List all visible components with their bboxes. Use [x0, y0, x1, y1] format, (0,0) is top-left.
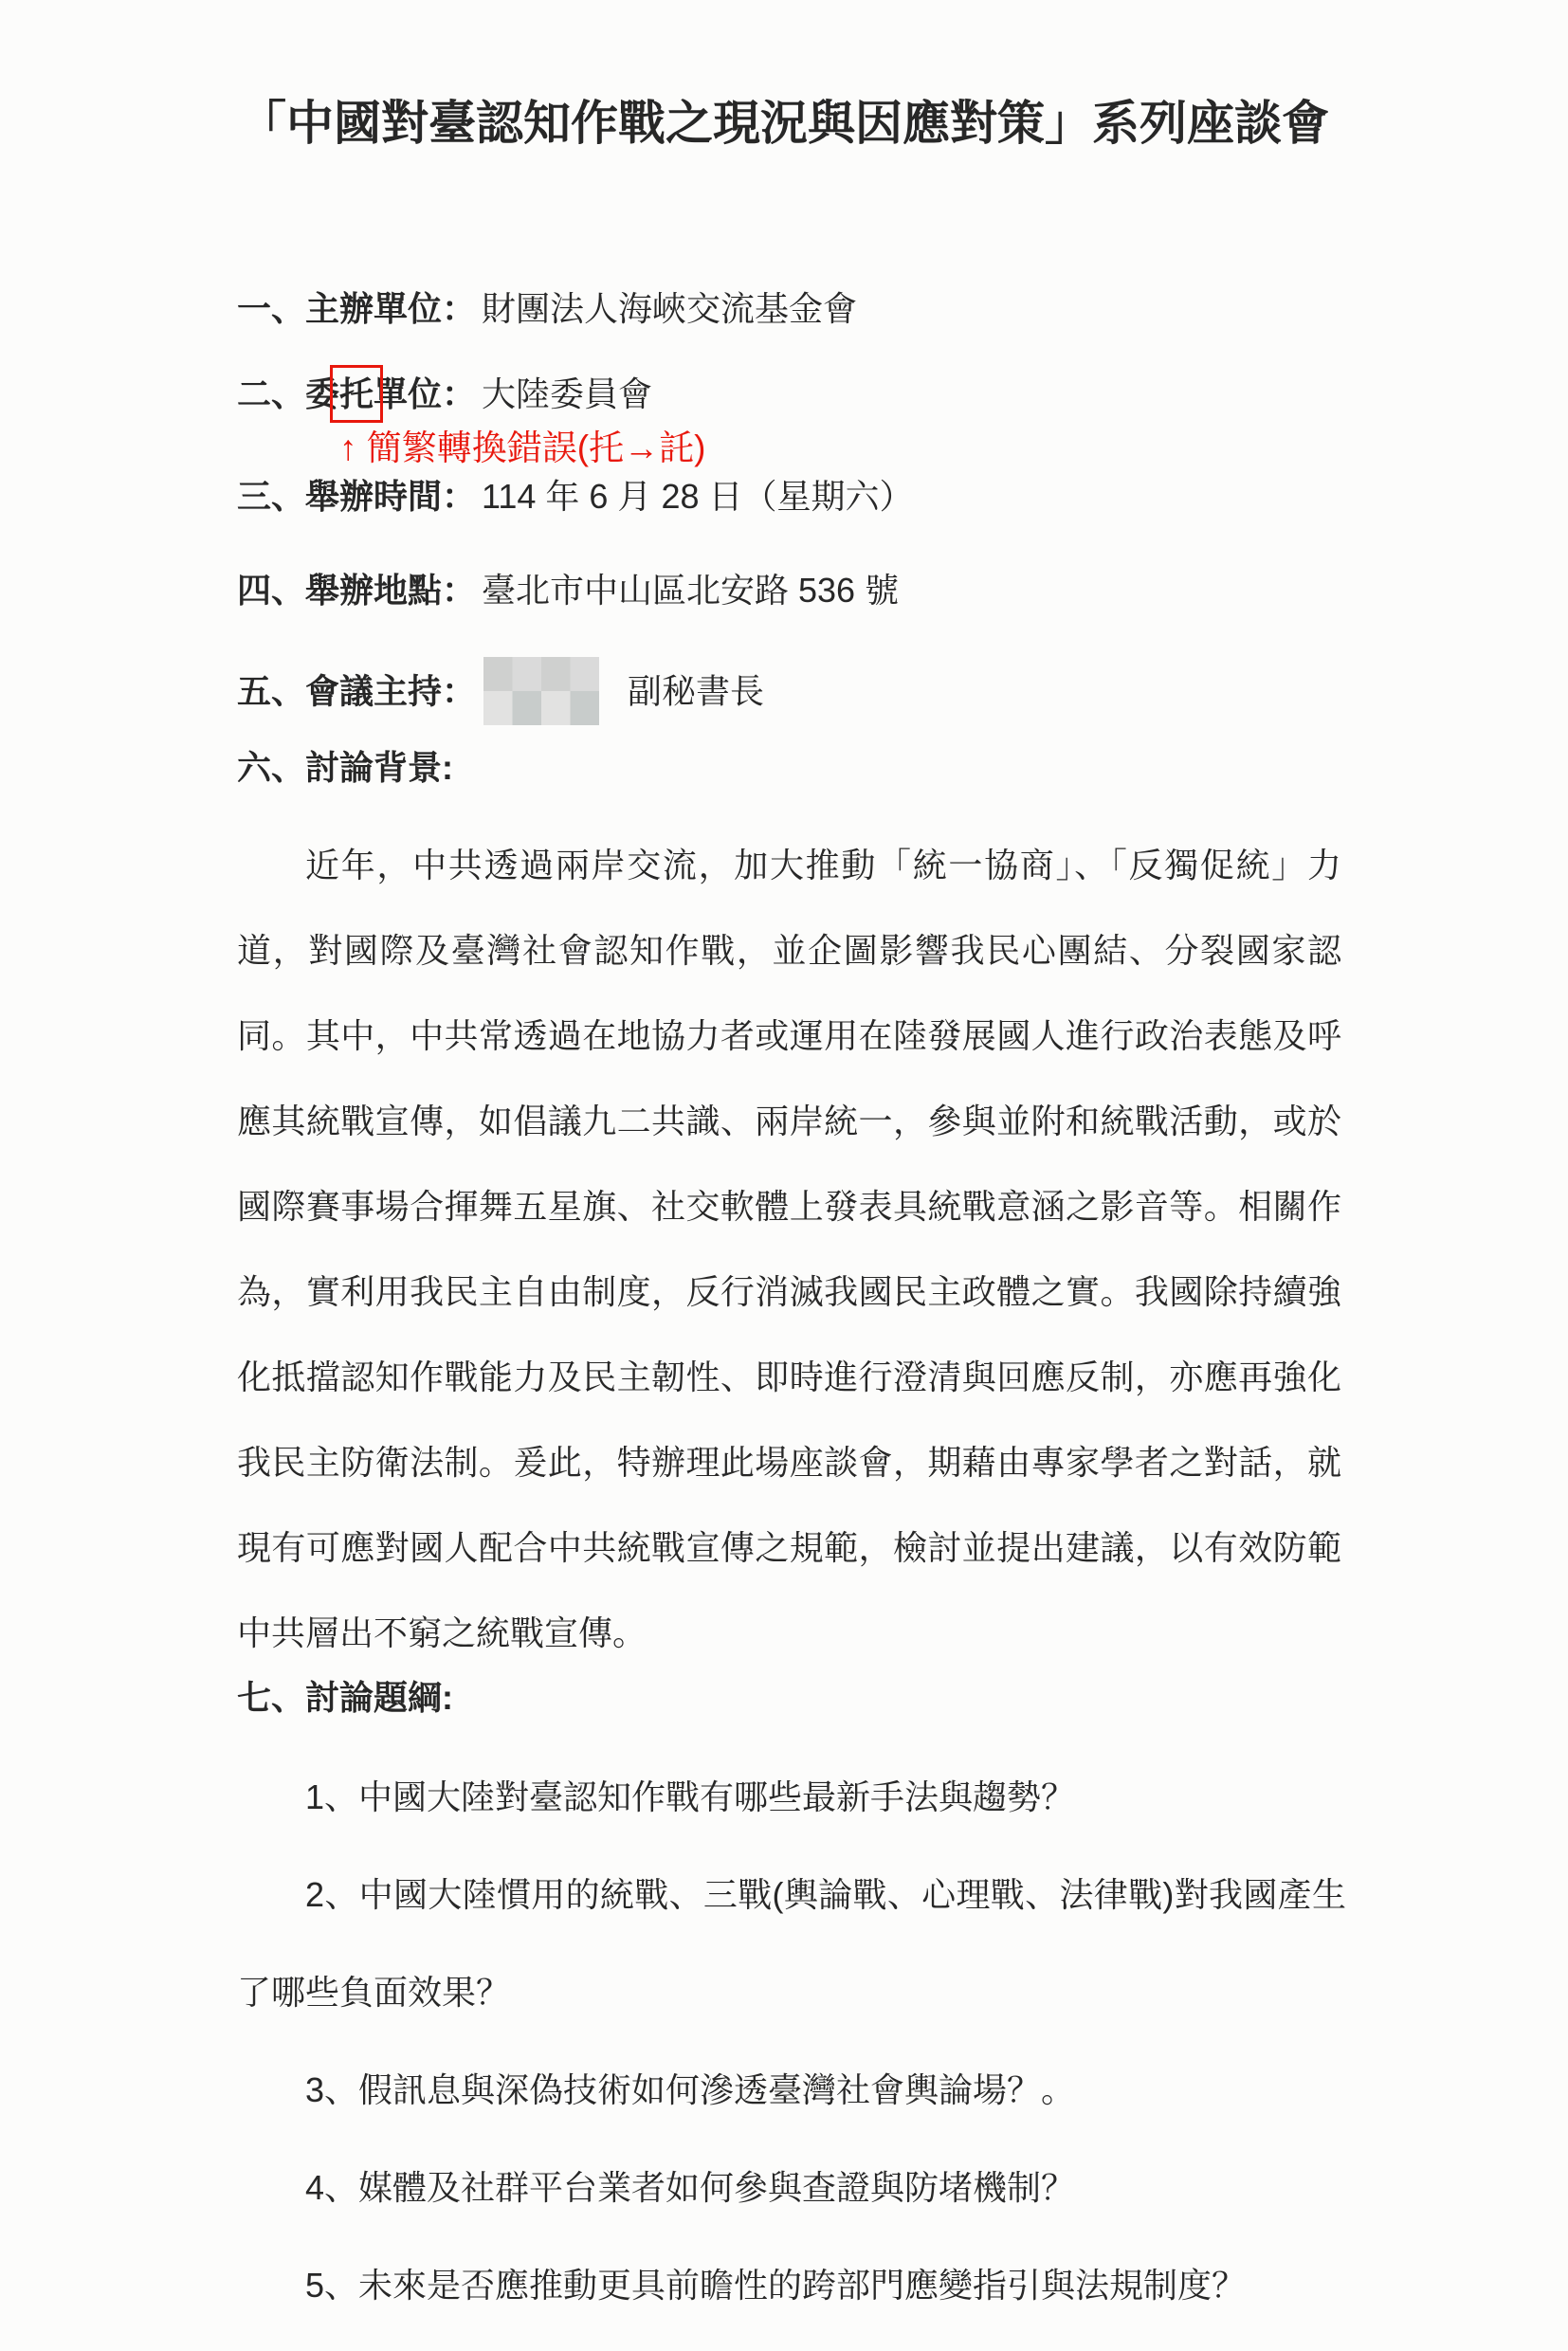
venue-value: 臺北市中山區北安路 536 號	[482, 571, 899, 610]
venue-label: 四、舉辦地點：	[237, 571, 476, 610]
host-label: 五、會議主持：	[237, 672, 476, 711]
redacted-name-block	[483, 657, 599, 725]
schedule-value: 114 年 6 月 28 日（星期六）	[482, 477, 913, 516]
question-2: 2、中國大陸慣用的統戰、三戰(輿論戰、心理戰、法律戰)對我國產生了哪些負面效果？	[237, 1846, 1346, 2041]
meta-venue: 四、舉辦地點：臺北市中山區北安路 536 號	[237, 566, 899, 615]
scanned-document-page: 「中國對臺認知作戰之現況與因應對策」系列座談會 一、主辦單位：財團法人海峽交流基…	[0, 0, 1568, 2351]
question-5: 5、未來是否應推動更具前瞻性的跨部門應變指引與法規制度？	[237, 2236, 1346, 2334]
commission-label-prefix: 二、委	[237, 374, 339, 413]
background-label: 六、討論背景:	[237, 748, 453, 787]
topics-label: 七、討論題綱:	[237, 1678, 453, 1717]
meta-topics-heading: 七、討論題綱:	[237, 1673, 453, 1722]
organizer-label: 一、主辦單位：	[237, 289, 476, 328]
question-1: 1、中國大陸對臺認知作戰有哪些最新手法與趨勢？	[237, 1748, 1346, 1846]
question-4: 4、媒體及社群平台業者如何參與查證與防堵機制？	[237, 2139, 1346, 2236]
background-paragraph: 近年，中共透過兩岸交流，加大推動「統一協商」、「反獨促統」力道，對國際及臺灣社會…	[237, 823, 1341, 1676]
commission-label: 二、委托單位：	[237, 374, 476, 413]
host-value: 副秘書長	[628, 672, 764, 711]
schedule-label: 三、舉辦時間：	[237, 477, 476, 516]
meta-organizer: 一、主辦單位：財團法人海峽交流基金會	[237, 284, 857, 334]
proofreading-annotation: ↑ 簡繁轉換錯誤(托→託)	[339, 424, 705, 473]
question-3: 3、假訊息與深偽技術如何滲透臺灣社會輿論場？。	[237, 2041, 1346, 2139]
organizer-value: 財團法人海峽交流基金會	[482, 289, 857, 328]
discussion-questions-list: 1、中國大陸對臺認知作戰有哪些最新手法與趨勢？ 2、中國大陸慣用的統戰、三戰(輿…	[237, 1748, 1346, 2334]
meta-schedule: 三、舉辦時間：114 年 6 月 28 日（星期六）	[237, 472, 913, 521]
meta-background-heading: 六、討論背景:	[237, 743, 453, 793]
conversion-error-box: 托	[339, 374, 374, 413]
document-title: 「中國對臺認知作戰之現況與因應對策」系列座談會	[0, 90, 1568, 156]
meta-commission: 二、委托單位：大陸委員會	[237, 370, 652, 419]
commission-value: 大陸委員會	[482, 374, 652, 413]
commission-label-suffix: 單位：	[374, 374, 476, 413]
meta-host: 五、會議主持：副秘書長	[237, 657, 764, 731]
